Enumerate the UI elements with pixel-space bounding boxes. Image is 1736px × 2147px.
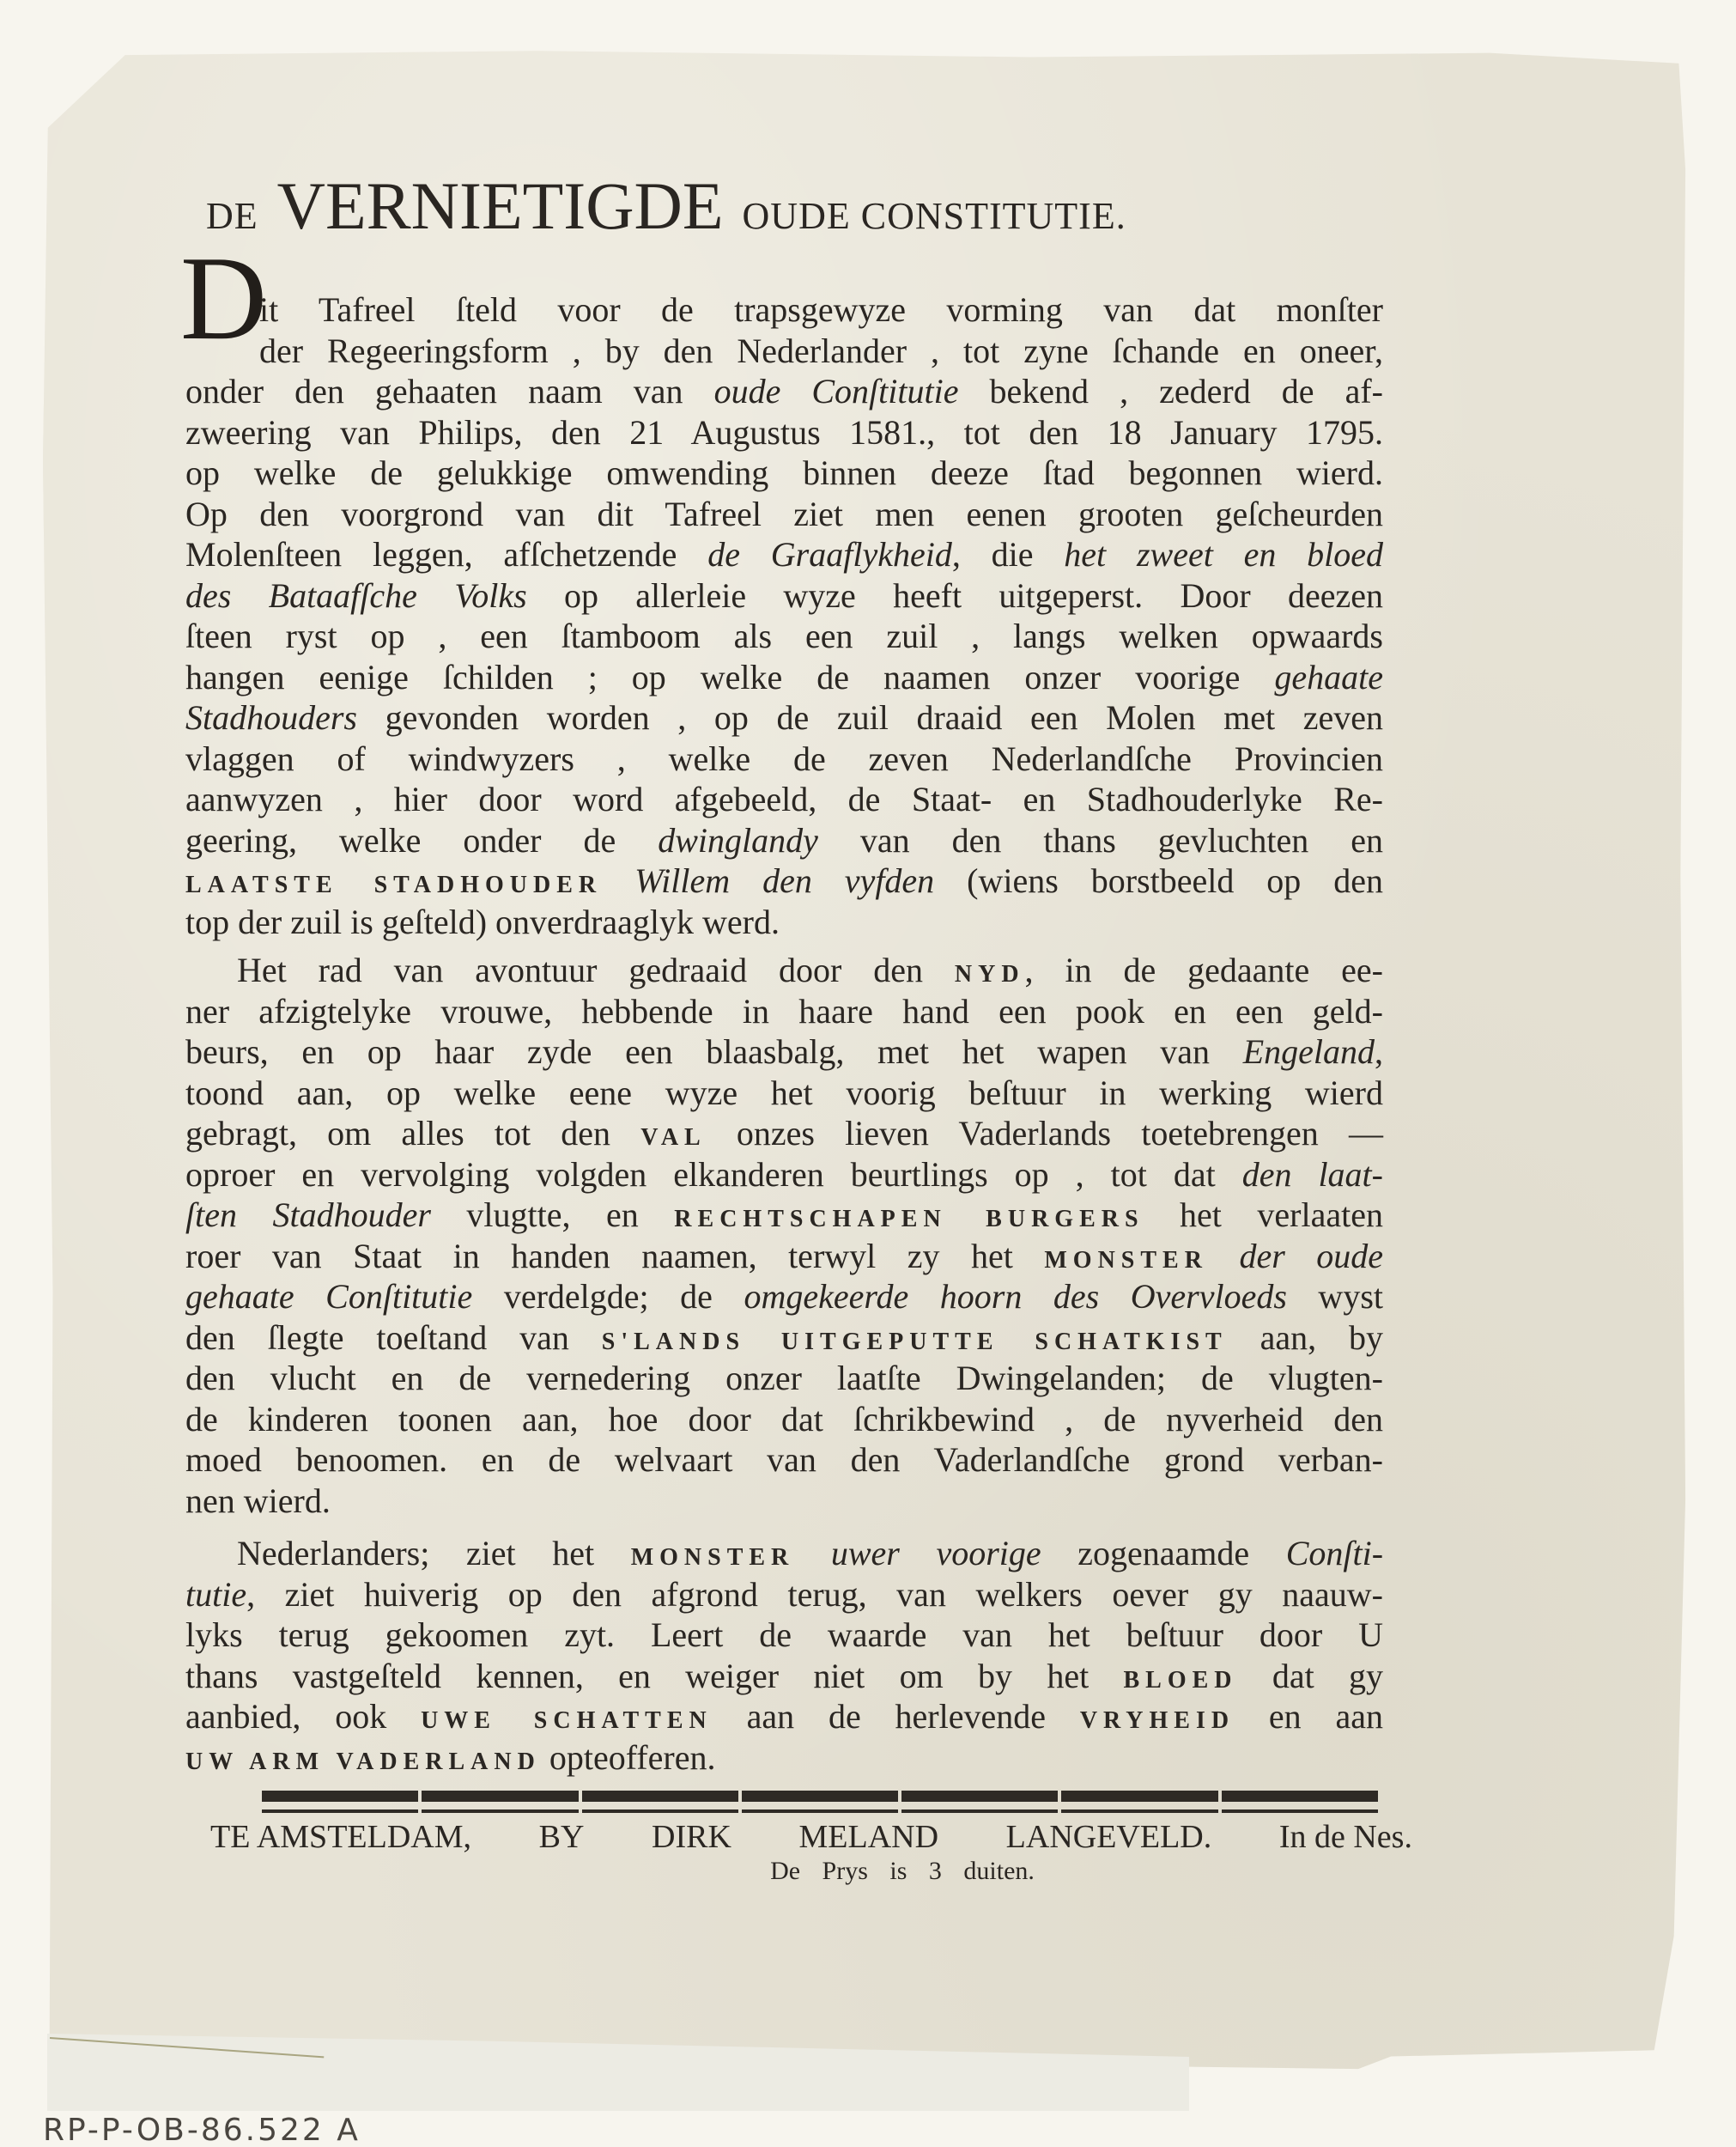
paragraph-3: Nederlanders; ziet het MONSTER uwer voor… <box>185 1533 1383 1778</box>
document-title: DEVERNIETIGDEOUDE CONSTITUTIE. <box>206 167 1126 245</box>
text-line: des Bataafſche Volks op allerleie wyze h… <box>185 575 1383 617</box>
text-run: wyst <box>1287 1277 1383 1316</box>
text-run: aan de herlevende <box>713 1697 1080 1736</box>
text-run: den ſlegte toeſtand van <box>185 1318 602 1357</box>
imprint-place: TE AMSTELDAM, <box>210 1818 471 1856</box>
ornamental-rule <box>262 1789 1378 1818</box>
text-run: het verlaaten <box>1144 1195 1383 1234</box>
text-line: ſteen ryst op , een ſtamboom als een zui… <box>185 616 1383 657</box>
text-run: verdelgde; de <box>472 1277 744 1316</box>
text-line: den ſlegte toeſtand van S'LANDS UITGEPUT… <box>185 1317 1383 1359</box>
text-run: roer van Staat in handen naamen, terwyl … <box>185 1237 1044 1275</box>
italic-run: den laat- <box>1242 1155 1383 1194</box>
text-run: vlaggen of windwyzers , welke de zeven N… <box>185 739 1383 778</box>
text-run: toond aan, op welke eene wyze het voorig… <box>185 1073 1383 1112</box>
text-run: onder den gehaaten naam van <box>185 372 714 411</box>
text-line: Nederlanders; ziet het MONSTER uwer voor… <box>185 1533 1383 1574</box>
text-line: nen wierd. <box>185 1481 1383 1522</box>
text-run: beurs, en op haar zyde een blaasbalg, me… <box>185 1032 1243 1071</box>
smallcaps-run: LAATSTE STADHOUDER <box>185 872 602 898</box>
italic-run: Engeland <box>1243 1032 1375 1071</box>
smallcaps-run: UWE SCHATTEN <box>421 1707 713 1734</box>
text-line: zweering van Philips, den 21 Augustus 15… <box>185 412 1383 453</box>
title-main: VERNIETIGDE <box>277 168 724 243</box>
text-run: ſteen ryst op , een ſtamboom als een zui… <box>185 617 1383 655</box>
imprint-printer-middle: MELAND <box>799 1818 939 1856</box>
text-run: , ziet huiverig op den afgrond terug, va… <box>246 1575 1383 1614</box>
text-run: op welke de gelukkige omwending binnen d… <box>185 453 1383 492</box>
text-run: den vlucht en de vernedering onzer laatſ… <box>185 1359 1383 1397</box>
text-run: geering, welke onder de <box>185 821 658 860</box>
text-line: gebragt, om alles tot den VAL onzes liev… <box>185 1113 1383 1154</box>
text-line: Stadhouders gevonden worden , op de zuil… <box>185 697 1383 739</box>
italic-run: Stadhouders <box>185 698 357 737</box>
text-run: nen wierd. <box>185 1481 331 1520</box>
text-run: en aan <box>1235 1697 1383 1736</box>
text-run: , <box>1375 1032 1383 1071</box>
text-line: oproer en vervolging volgden elkanderen … <box>185 1154 1383 1195</box>
text-run: , die <box>952 535 1064 574</box>
paragraph-1: it Tafreel ſteld voor de trapsgewyze vor… <box>185 289 1383 942</box>
text-line: hangen eenige ſchilden ; op welke de naa… <box>185 657 1383 698</box>
text-run: gebragt, om alles tot den <box>185 1114 640 1153</box>
text-line: roer van Staat in handen naamen, terwyl … <box>185 1236 1383 1277</box>
text-run: onzes lieven Vaderlands toetebrengen — <box>707 1114 1383 1153</box>
text-run: Op den voorgrond van dit Tafreel ziet me… <box>185 495 1383 533</box>
text-run <box>602 861 634 900</box>
text-line: den vlucht en de vernedering onzer laatſ… <box>185 1358 1383 1399</box>
italic-run: ſten Stadhouder <box>185 1195 431 1234</box>
text-run: zweering van Philips, den 21 Augustus 15… <box>185 413 1383 452</box>
text-run: ner afzigtelyke vrouwe, hebbende in haar… <box>185 992 1383 1031</box>
text-run: hangen eenige ſchilden ; op welke de naa… <box>185 658 1274 696</box>
text-run: aanwyzen , hier door word afgebeeld, de … <box>185 780 1383 818</box>
text-line: thans vastgeſteld kennen, en weiger niet… <box>185 1656 1383 1697</box>
text-run: top der zuil is geſteld) onverdraaglyk w… <box>185 903 780 941</box>
smallcaps-run: NYD <box>955 961 1025 988</box>
italic-run: oude Conſtitutie <box>714 372 959 411</box>
text-line: moed benoomen. en de welvaart van den Va… <box>185 1439 1383 1481</box>
italic-run: Willem den vyfden <box>634 861 934 900</box>
italic-run: tutie <box>185 1575 246 1614</box>
text-line: ſten Stadhouder vlugtte, en RECHTSCHAPEN… <box>185 1195 1383 1236</box>
text-run: it Tafreel ſteld voor de trapsgewyze vor… <box>259 290 1383 329</box>
text-line: vlaggen of windwyzers , welke de zeven N… <box>185 739 1383 780</box>
italic-run: der oude <box>1239 1237 1383 1275</box>
text-line: onder den gehaaten naam van oude Conſtit… <box>185 371 1383 412</box>
text-run: lyks terug gekoomen zyt. Leert de waarde… <box>185 1615 1383 1654</box>
text-run: zogenaamde <box>1041 1534 1286 1572</box>
inventory-number: RP-P-OB-86.522 A <box>43 2113 361 2147</box>
text-line: de kinderen toonen aan, hoe door dat ſch… <box>185 1399 1383 1440</box>
text-run: Nederlanders; ziet het <box>237 1534 631 1572</box>
imprint-address: In de Nes. <box>1279 1818 1412 1856</box>
italic-run: de Graaflykheid <box>707 535 952 574</box>
text-run: aanbied, ook <box>185 1697 421 1736</box>
text-line: aanbied, ook UWE SCHATTEN aan de herleve… <box>185 1696 1383 1737</box>
text-line: aanwyzen , hier door word afgebeeld, de … <box>185 779 1383 820</box>
imprint-printer-first: DIRK <box>652 1818 731 1856</box>
text-run: vlugtte, en <box>431 1195 674 1234</box>
imprint-line: TE AMSTELDAM, BY DIRK MELAND LANGEVELD. … <box>210 1818 1412 1856</box>
text-line: tutie, ziet huiverig op den afgrond teru… <box>185 1574 1383 1615</box>
text-run: op allerleie wyze heeft uitgeperst. Door… <box>527 576 1383 615</box>
text-run: , in de gedaante ee- <box>1025 951 1383 989</box>
italic-run: Conſti- <box>1286 1534 1383 1572</box>
paragraph-2: Het rad van avontuur gedraaid door den N… <box>185 950 1383 1521</box>
text-run: de kinderen toonen aan, hoe door dat ſch… <box>185 1400 1383 1438</box>
text-run: der Regeeringsform , by den Nederlander … <box>259 331 1383 370</box>
text-line: der Regeeringsform , by den Nederlander … <box>185 331 1383 372</box>
text-run <box>1208 1237 1240 1275</box>
smallcaps-run: BLOED <box>1124 1667 1238 1694</box>
text-run: moed benoomen. en de welvaart van den Va… <box>185 1440 1383 1479</box>
text-run: dat gy <box>1238 1657 1383 1695</box>
text-run <box>794 1534 831 1572</box>
text-run: bekend , zederd de af- <box>959 372 1383 411</box>
text-run: Molenſteen leggen, afſchetzende <box>185 535 707 574</box>
title-prefix: DE <box>206 195 258 237</box>
smallcaps-run: UW ARM VADERLAND <box>185 1749 541 1775</box>
text-line: top der zuil is geſteld) onverdraaglyk w… <box>185 902 1383 943</box>
text-line: beurs, en op haar zyde een blaasbalg, me… <box>185 1031 1383 1073</box>
text-line: ner afzigtelyke vrouwe, hebbende in haar… <box>185 991 1383 1032</box>
text-line: geering, welke onder de dwinglandy van d… <box>185 820 1383 861</box>
text-run: opteofferen. <box>541 1738 716 1777</box>
text-line: toond aan, op welke eene wyze het voorig… <box>185 1073 1383 1114</box>
text-line: Op den voorgrond van dit Tafreel ziet me… <box>185 494 1383 535</box>
smallcaps-run: VRYHEID <box>1080 1707 1235 1734</box>
text-line: Het rad van avontuur gedraaid door den N… <box>185 950 1383 991</box>
text-line: op welke de gelukkige omwending binnen d… <box>185 453 1383 494</box>
smallcaps-run: S'LANDS UITGEPUTTE SCHATKIST <box>602 1329 1228 1355</box>
text-line: lyks terug gekoomen zyt. Leert de waarde… <box>185 1615 1383 1656</box>
imprint-printer-last: LANGEVELD. <box>1006 1818 1212 1856</box>
text-line: UW ARM VADERLAND opteofferen. <box>185 1737 1383 1779</box>
text-run: gevonden worden , op de zuil draaid een … <box>357 698 1383 737</box>
price-line: De Prys is 3 duiten. <box>0 1857 1736 1886</box>
smallcaps-run: MONSTER <box>1044 1247 1208 1274</box>
italic-run: des Bataafſche Volks <box>185 576 527 615</box>
smallcaps-run: VAL <box>640 1124 707 1151</box>
text-run: aan, by <box>1228 1318 1383 1357</box>
italic-run: dwinglandy <box>658 821 818 860</box>
italic-run: gehaate Conſtitutie <box>185 1277 472 1316</box>
text-line: it Tafreel ſteld voor de trapsgewyze vor… <box>185 289 1383 331</box>
text-run: van den thans gevluchten en <box>818 821 1383 860</box>
imprint-by: BY <box>539 1818 585 1856</box>
text-run: Het rad van avontuur gedraaid door den <box>237 951 955 989</box>
smallcaps-run: MONSTER <box>631 1544 795 1571</box>
text-run: thans vastgeſteld kennen, en weiger niet… <box>185 1657 1124 1695</box>
italic-run: uwer voorige <box>831 1534 1041 1572</box>
text-run: (wiens borstbeeld op den <box>934 861 1383 900</box>
text-line: Molenſteen leggen, afſchetzende de Graaf… <box>185 534 1383 575</box>
text-line: LAATSTE STADHOUDER Willem den vyfden (wi… <box>185 861 1383 902</box>
title-suffix: OUDE CONSTITUTIE. <box>743 195 1126 237</box>
italic-run: het zweet en bloed <box>1064 535 1383 574</box>
text-run: oproer en vervolging volgden elkanderen … <box>185 1155 1242 1194</box>
italic-run: omgekeerde hoorn des Overvloeds <box>744 1277 1286 1316</box>
text-line: gehaate Conſtitutie verdelgde; de omgeke… <box>185 1276 1383 1317</box>
smallcaps-run: RECHTSCHAPEN BURGERS <box>674 1206 1144 1232</box>
italic-run: gehaate <box>1274 658 1383 696</box>
